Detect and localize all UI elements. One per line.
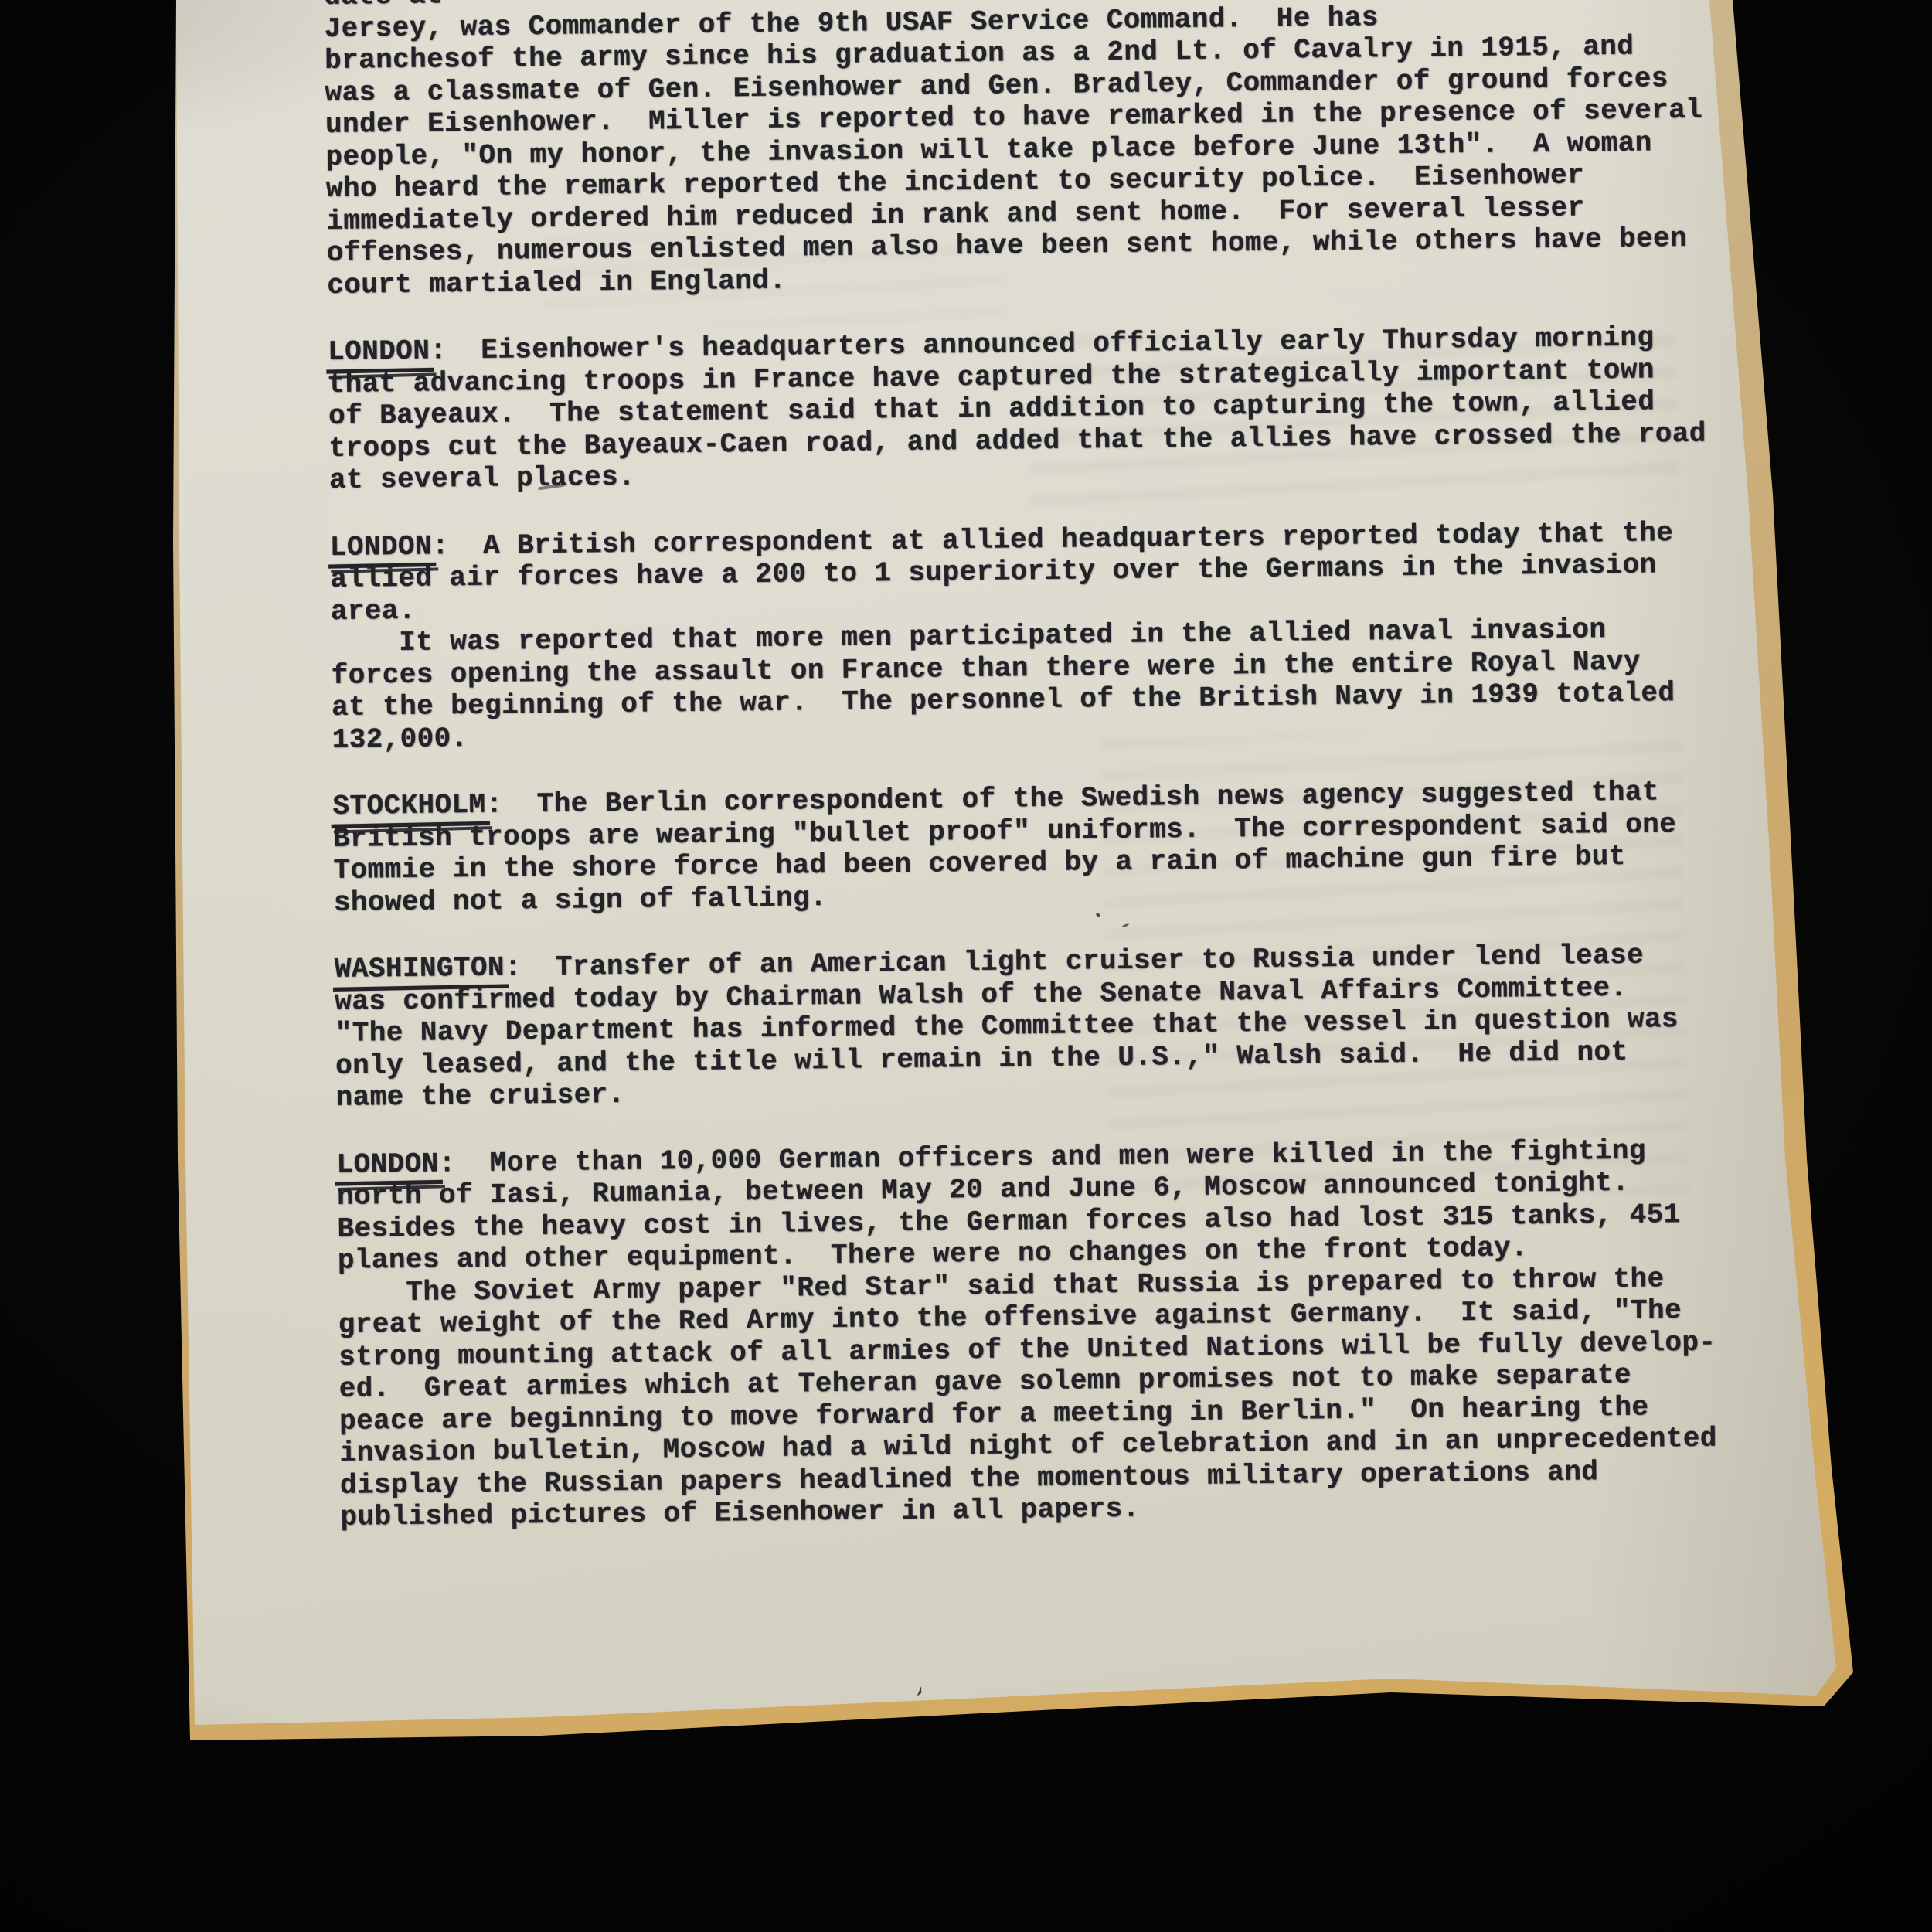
- dateline-heading: LONDON: [336, 1148, 438, 1181]
- paragraph: WASHINGTON: Transfer of an American ligh…: [335, 938, 1758, 1114]
- ink-speck: [916, 1686, 925, 1698]
- photo-stage: date atJersey, was Commander of the 9th …: [0, 0, 1932, 1932]
- paper-sheet: date atJersey, was Commander of the 9th …: [0, 0, 1932, 1932]
- paragraph: STOCKHOLM: The Berlin correspondent of t…: [332, 775, 1756, 919]
- paragraph: LONDON: More than 10,000 German officers…: [336, 1134, 1762, 1534]
- dateline-heading: STOCKHOLM: [332, 789, 485, 823]
- dateline-heading: WASHINGTON: [335, 952, 505, 986]
- dateline-heading: LONDON: [330, 530, 432, 563]
- dateline-heading: LONDON: [328, 335, 430, 369]
- paragraph: LONDON: A British correspondent at allie…: [330, 516, 1754, 756]
- paragraph: LONDON: Eisenhower's headquarters announ…: [328, 321, 1751, 496]
- typewritten-text-block: date atJersey, was Commander of the 9th …: [324, 0, 1763, 1533]
- paragraph: date atJersey, was Commander of the 9th …: [324, 0, 1749, 301]
